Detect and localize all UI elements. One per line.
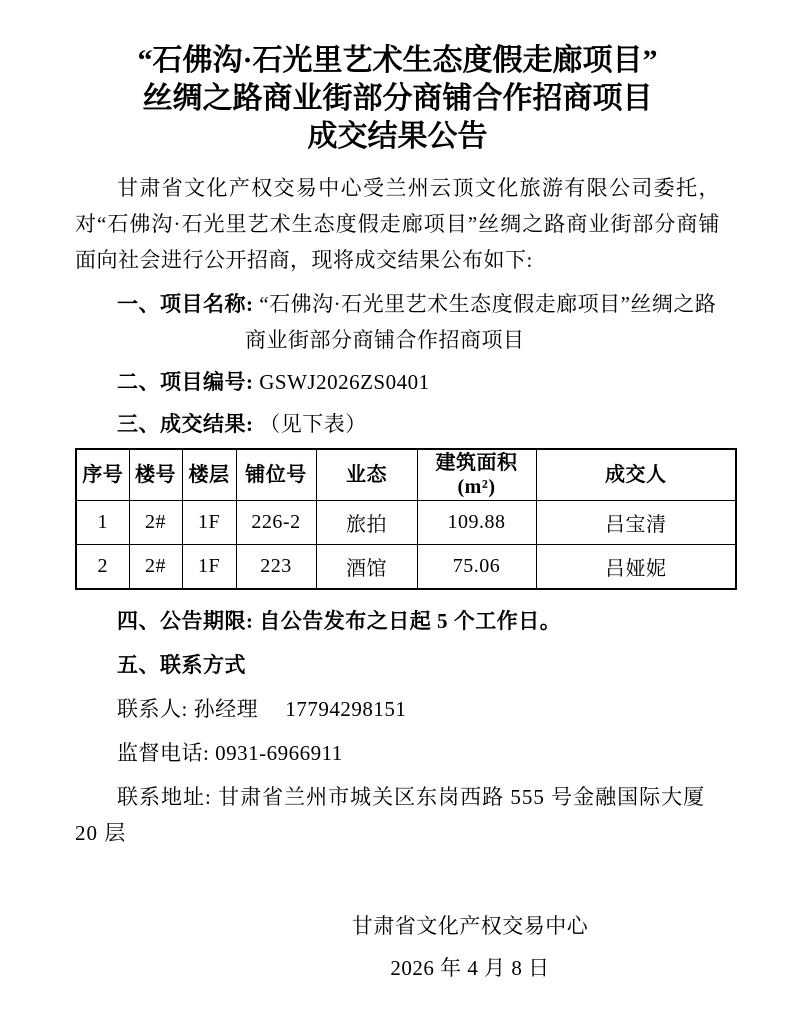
notice-period-label: 四、公告期限: (117, 609, 259, 633)
table-header-row: 序号 楼号 楼层 铺位号 业态 建筑面积 (m²) 成交人 (76, 449, 736, 501)
contact-address-line: 联系地址: 甘肃省兰州市城关区东岗西路 555 号金融国际大厦 20 层 (75, 779, 707, 851)
section-project-name: 一、项目名称: “石佛沟·石光里艺术生态度假走廊项目”丝绸之路商业街部分商铺合作… (75, 286, 720, 358)
cell-index: 2 (76, 545, 129, 590)
supervision-phone-line: 监督电话: 0931-6966911 (75, 735, 720, 771)
cell-winner: 吕娅妮 (536, 545, 736, 590)
signature-org: 甘肃省文化产权交易中心 (340, 905, 600, 947)
section-notice-period: 四、公告期限: 自公告发布之日起 5 个工作日。 (75, 603, 720, 639)
deal-result-table: 序号 楼号 楼层 铺位号 业态 建筑面积 (m²) 成交人 1 2# 1F 22… (75, 448, 737, 590)
col-header-winner: 成交人 (536, 449, 736, 501)
announcement-page: “石佛沟·石光里艺术生态度假走廊项目” 丝绸之路商业街部分商铺合作招商项目 成交… (0, 0, 793, 1019)
signature-block: 甘肃省文化产权交易中心 2026 年 4 月 8 日 (340, 905, 600, 989)
deal-result-text: （见下表） (259, 412, 367, 436)
cell-business-type: 旅拍 (316, 501, 417, 545)
project-name-label: 一、项目名称: (117, 292, 259, 316)
col-header-building: 楼号 (129, 449, 182, 501)
table-row: 2 2# 1F 223 酒馆 75.06 吕娅妮 (76, 545, 736, 590)
intro-paragraph: 甘肃省文化产权交易中心受兰州云顶文化旅游有限公司委托，对“石佛沟·石光里艺术生态… (75, 170, 720, 278)
title-line-3: 成交结果公告 (75, 118, 720, 156)
project-code-text: GSWJ2026ZS0401 (259, 370, 429, 394)
col-header-business-type: 业态 (316, 449, 417, 501)
col-header-area-title: 建筑面积 (420, 451, 534, 475)
cell-floor: 1F (182, 501, 236, 545)
notice-period-text: 自公告发布之日起 5 个工作日。 (259, 609, 561, 633)
col-header-index: 序号 (76, 449, 129, 501)
col-header-shop-no: 铺位号 (236, 449, 316, 501)
title-line-1: “石佛沟·石光里艺术生态度假走廊项目” (75, 42, 720, 80)
cell-index: 1 (76, 501, 129, 545)
col-header-area-unit: (m²) (420, 475, 534, 499)
cell-winner: 吕宝清 (536, 501, 736, 545)
cell-building: 2# (129, 501, 182, 545)
project-code-label: 二、项目编号: (117, 370, 259, 394)
title-line-2: 丝绸之路商业街部分商铺合作招商项目 (75, 80, 720, 118)
document-title: “石佛沟·石光里艺术生态度假走廊项目” 丝绸之路商业街部分商铺合作招商项目 成交… (75, 42, 720, 156)
section-deal-result: 三、成交结果: （见下表） (75, 406, 720, 442)
cell-area: 109.88 (417, 501, 536, 545)
project-name-text: “石佛沟·石光里艺术生态度假走廊项目”丝绸之路商业街部分商铺合作招商项目 (245, 292, 716, 352)
cell-area: 75.06 (417, 545, 536, 590)
cell-floor: 1F (182, 545, 236, 590)
deal-result-label: 三、成交结果: (117, 412, 259, 436)
cell-building: 2# (129, 545, 182, 590)
section-contact-heading: 五、联系方式 (75, 647, 720, 683)
col-header-area: 建筑面积 (m²) (417, 449, 536, 501)
table-row: 1 2# 1F 226-2 旅拍 109.88 吕宝清 (76, 501, 736, 545)
section-project-code: 二、项目编号: GSWJ2026ZS0401 (75, 364, 720, 400)
contact-person-line: 联系人: 孙经理 17794298151 (75, 691, 720, 727)
cell-shop-no: 223 (236, 545, 316, 590)
signature-date: 2026 年 4 月 8 日 (340, 947, 600, 989)
cell-business-type: 酒馆 (316, 545, 417, 590)
cell-shop-no: 226-2 (236, 501, 316, 545)
col-header-floor: 楼层 (182, 449, 236, 501)
